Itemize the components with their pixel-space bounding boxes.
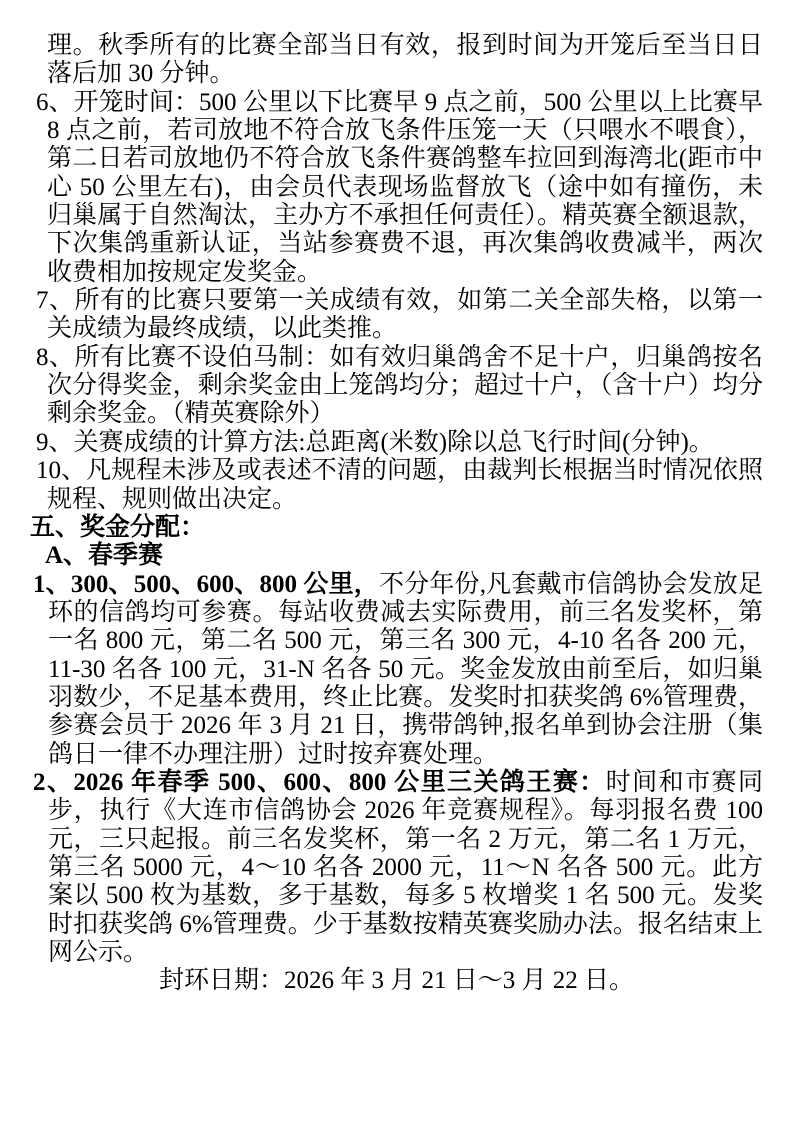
rule-number: 6、 [36, 89, 74, 116]
rule-item-10: 10、凡规程未涉及或表述不清的问题，由裁判长根据当时情况依照规程、规则做出决定。 [30, 457, 763, 514]
prize-item-text: 不分年份,凡套戴市信鸽协会发放足环的信鸽均可参赛。每站收费减去实际费用，前三名发… [48, 571, 763, 768]
rule-text: 凡规程未涉及或表述不清的问题，由裁判长根据当时情况依照规程、规则做出决定。 [47, 457, 763, 512]
rule-text: 开笼时间：500 公里以下比赛早 9 点之前，500 公里以上比赛早 8 点之前… [47, 89, 763, 286]
prize-item-1: 1、300、500、600、800 公里，不分年份,凡套戴市信鸽协会发放足环的信… [30, 571, 763, 769]
section-heading-prize-distribution: 五、奖金分配： [30, 514, 763, 542]
rule-number: 8、 [36, 344, 75, 371]
subsection-heading-spring-race: A、春季赛 [30, 542, 763, 570]
ring-sealing-date-line: 封环日期：2026 年 3 月 21 日～3 月 22 日。 [30, 967, 763, 995]
document-body: 理。秋季所有的比赛全部当日有效，报到时间为开笼后至当日日落后加 30 分钟。 6… [30, 32, 763, 996]
rule-number: 9、 [36, 429, 74, 456]
rule-text: 所有比赛不设伯马制：如有效归巢鸽舍不足十户，归巢鸽按名次分得奖金，剩余奖金由上笼… [47, 344, 763, 428]
rule-number: 10、 [36, 457, 86, 484]
rule-item-6: 6、开笼时间：500 公里以下比赛早 9 点之前，500 公里以上比赛早 8 点… [30, 89, 763, 287]
paragraph-continuation: 理。秋季所有的比赛全部当日有效，报到时间为开笼后至当日日落后加 30 分钟。 [30, 32, 763, 89]
rule-text: 所有的比赛只要第一关成绩有效，如第二关全部失格，以第一关成绩为最终成绩，以此类推… [47, 287, 763, 342]
prize-item-lead: 2、2026 年春季 500、600、800 公里三关鸽王赛： [33, 769, 606, 796]
prize-item-lead: 1、300、500、600、800 公里， [33, 571, 379, 598]
prize-item-2: 2、2026 年春季 500、600、800 公里三关鸽王赛：时间和市赛同步，执… [30, 769, 763, 967]
rule-number: 7、 [36, 287, 75, 314]
rule-item-7: 7、所有的比赛只要第一关成绩有效，如第二关全部失格，以第一关成绩为最终成绩，以此… [30, 287, 763, 344]
rule-item-8: 8、所有比赛不设伯马制：如有效归巢鸽舍不足十户，归巢鸽按名次分得奖金，剩余奖金由… [30, 344, 763, 429]
rule-item-9: 9、关赛成绩的计算方法:总距离(米数)除以总飞行时间(分钟)。 [30, 429, 763, 457]
document-page: 理。秋季所有的比赛全部当日有效，报到时间为开笼后至当日日落后加 30 分钟。 6… [0, 0, 793, 1122]
prize-item-text: 时间和市赛同步，执行《大连市信鸽协会 2026 年竞赛规程》。每羽报名费 100… [48, 769, 763, 966]
rule-text: 关赛成绩的计算方法:总距离(米数)除以总飞行时间(分钟)。 [74, 429, 714, 456]
